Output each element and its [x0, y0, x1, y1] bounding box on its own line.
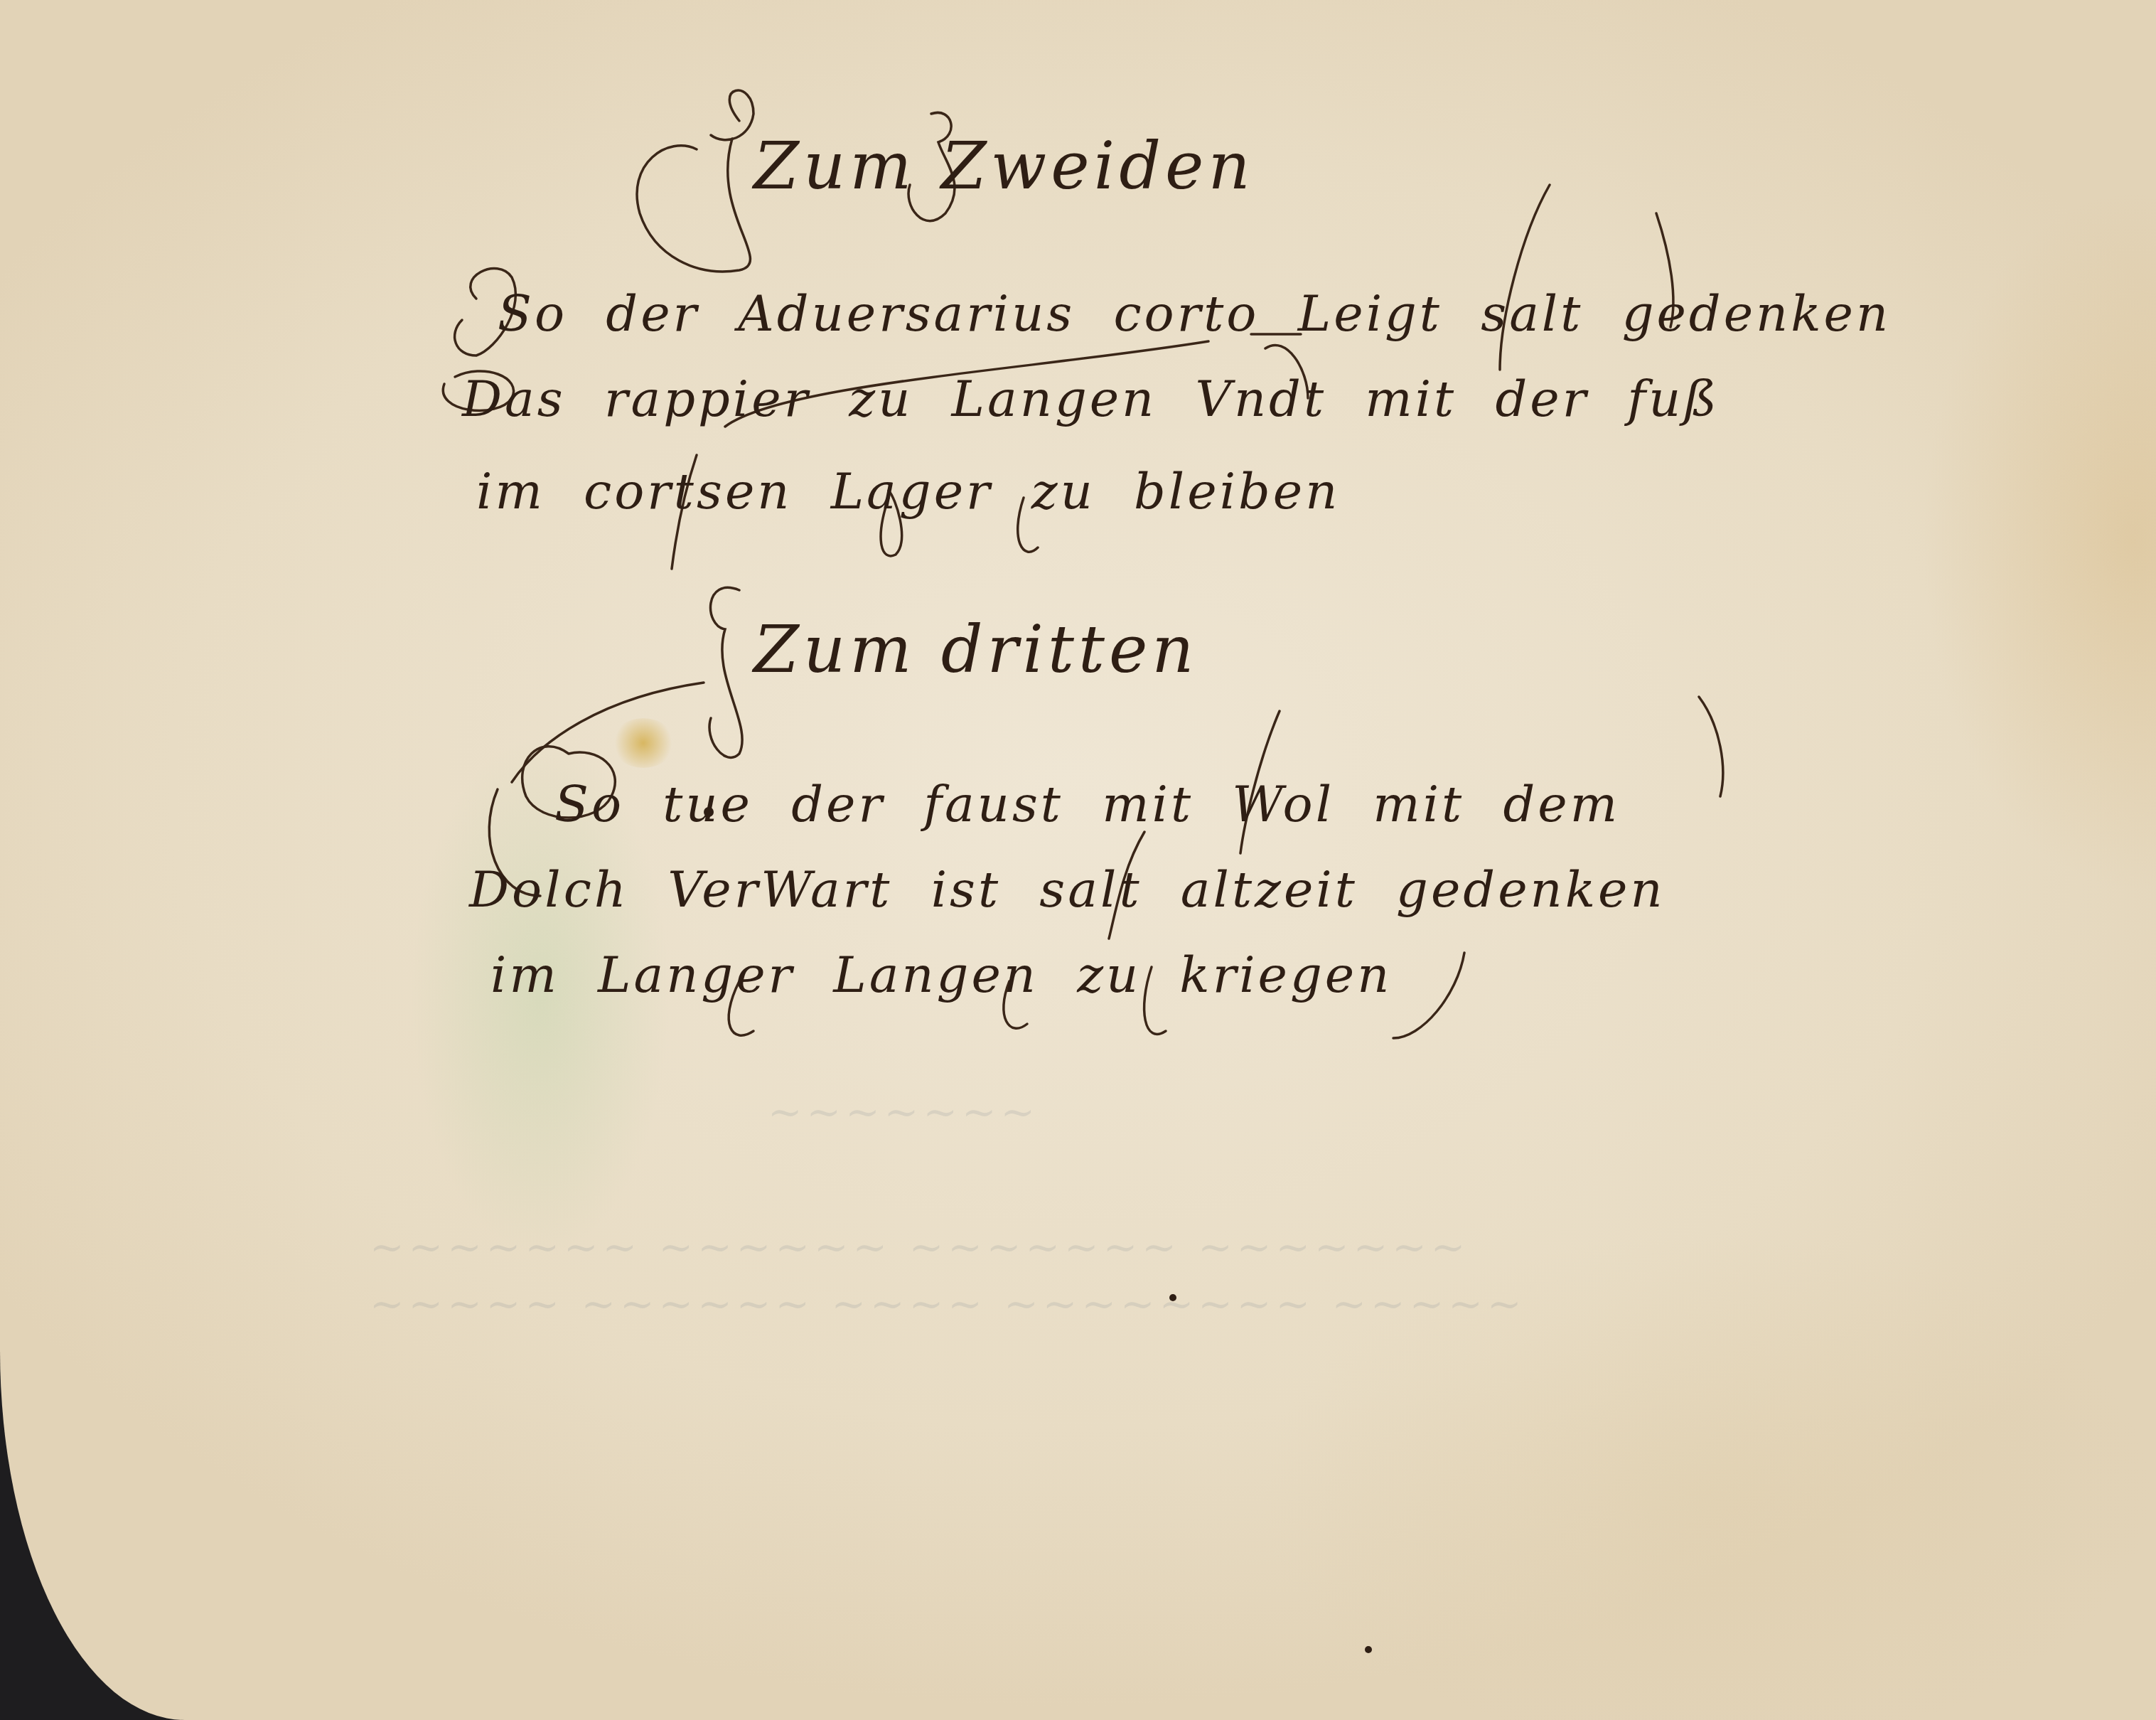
text-line: Dolch VerWart ist salt altzeit gedenken — [469, 860, 1666, 919]
text-line: So der Aduersarius corto Leigt salt gede… — [498, 284, 1891, 343]
ink-dot — [1365, 1646, 1372, 1653]
ink-dot — [1169, 1294, 1176, 1301]
text-line: Das rappier zu Langen Vndt mit der fuß — [462, 370, 1720, 428]
section-heading: Zum dritten — [753, 611, 1198, 688]
manuscript-page: ~~~~~~~ ~~~~~~~ ~~~~~~ ~~~~~~~ ~~~~~~~ ~… — [0, 0, 2156, 1720]
text-line: im cortsen Lager zu bleiben — [476, 462, 1340, 520]
section-heading: Zum Zweiden — [753, 128, 1255, 204]
ink-dot — [704, 807, 714, 817]
text-line: So tue der faust mit Wol mit dem — [554, 775, 1620, 833]
text-line: im Langer Langen zu kriegen — [490, 946, 1392, 1004]
show-through-text: ~~~~~ ~~~~~~ ~~~~ ~~~~~~~~ ~~~~~ — [370, 1280, 1525, 1328]
show-through-text: ~~~~~~~ — [768, 1088, 1039, 1136]
ink-stain — [611, 718, 675, 768]
show-through-text: ~~~~~~~ ~~~~~~ ~~~~~~~ ~~~~~~~ — [370, 1223, 1469, 1271]
